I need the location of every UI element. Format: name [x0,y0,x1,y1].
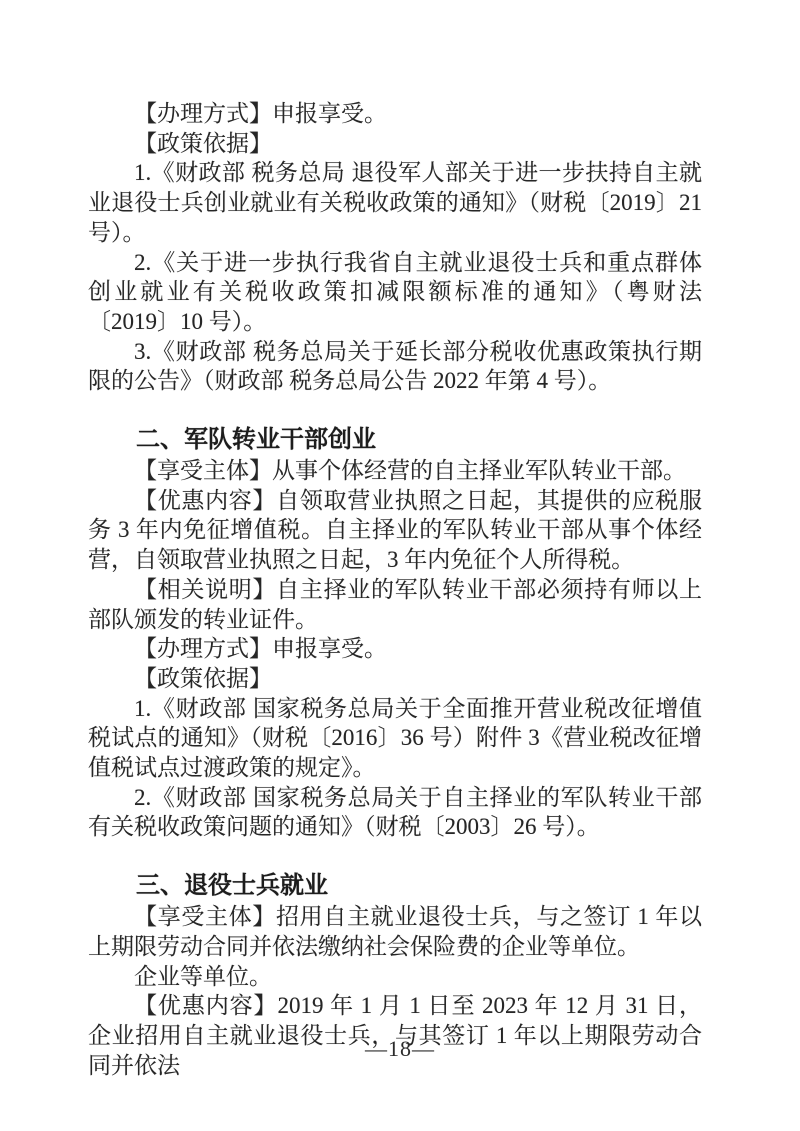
paragraph: 1.《财政部 国家税务总局关于全面推开营业税改征增值税试点的通知》（财税〔201… [88,694,702,783]
section-heading: 二、军队转业干部创业 [88,424,702,456]
document-text-block: 【办理方式】申报享受。 【政策依据】 1.《财政部 税务总局 退役军人部关于进一… [88,99,702,1080]
document-page: 【办理方式】申报享受。 【政策依据】 1.《财政部 税务总局 退役军人部关于进一… [0,0,800,1131]
paragraph: 2.《财政部 国家税务总局关于自主择业的军队转业干部有关税收政策问题的通知》（财… [88,783,702,842]
paragraph: 【办理方式】申报享受。 [88,634,702,664]
paragraph: 【享受主体】从事个体经营的自主择业军队转业干部。 [88,456,702,486]
paragraph: 2.《关于进一步执行我省自主就业退役士兵和重点群体创业就业有关税收政策扣减限额标… [88,248,702,337]
paragraph: 【办理方式】申报享受。 [88,99,702,129]
page-number: —18— [0,1036,800,1062]
paragraph: 【优惠内容】自领取营业执照之日起，其提供的应税服务 3 年内免征增值税。自主择业… [88,486,702,575]
paragraph: 1.《财政部 税务总局 退役军人部关于进一步扶持自主就业退役士兵创业就业有关税收… [88,158,702,247]
paragraph: 【相关说明】自主择业的军队转业干部必须持有师以上部队颁发的转业证件。 [88,575,702,634]
paragraph: 【享受主体】招用自主就业退役士兵，与之签订 1 年以上期限劳动合同并依法缴纳社会… [88,902,702,961]
document-section: 二、军队转业干部创业 【享受主体】从事个体经营的自主择业军队转业干部。 【优惠内… [88,424,702,842]
paragraph: 企业等单位。 [88,962,702,992]
document-section: 【办理方式】申报享受。 【政策依据】 1.《财政部 税务总局 退役军人部关于进一… [88,99,702,396]
paragraph: 3.《财政部 税务总局关于延长部分税收优惠政策执行期限的公告》（财政部 税务总局… [88,337,702,396]
paragraph: 【政策依据】 [88,664,702,694]
paragraph: 【政策依据】 [88,129,702,159]
section-heading: 三、退役士兵就业 [88,870,702,902]
